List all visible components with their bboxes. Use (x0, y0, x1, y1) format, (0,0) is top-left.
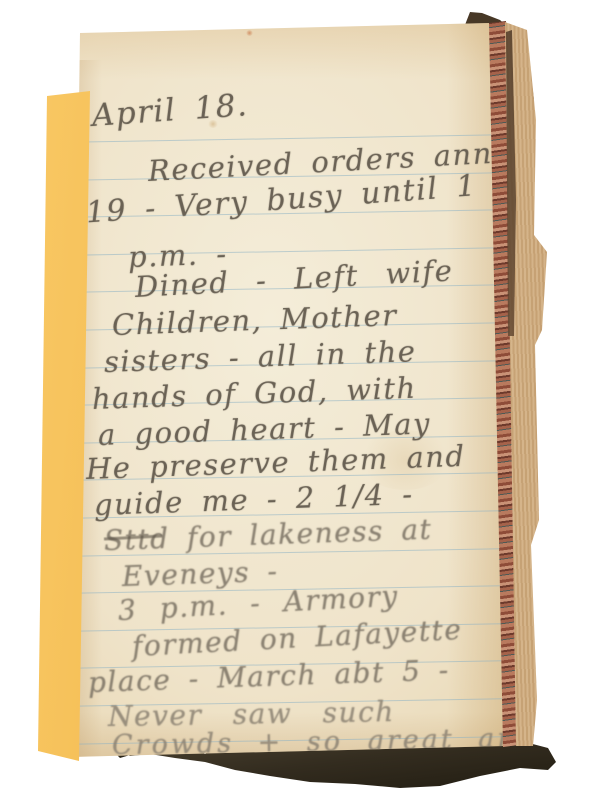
notebook-photo: April 18. Received orders annexed 19 - V… (0, 0, 600, 800)
page-stain (246, 30, 253, 36)
handwriting-line: April 18. (91, 87, 250, 134)
